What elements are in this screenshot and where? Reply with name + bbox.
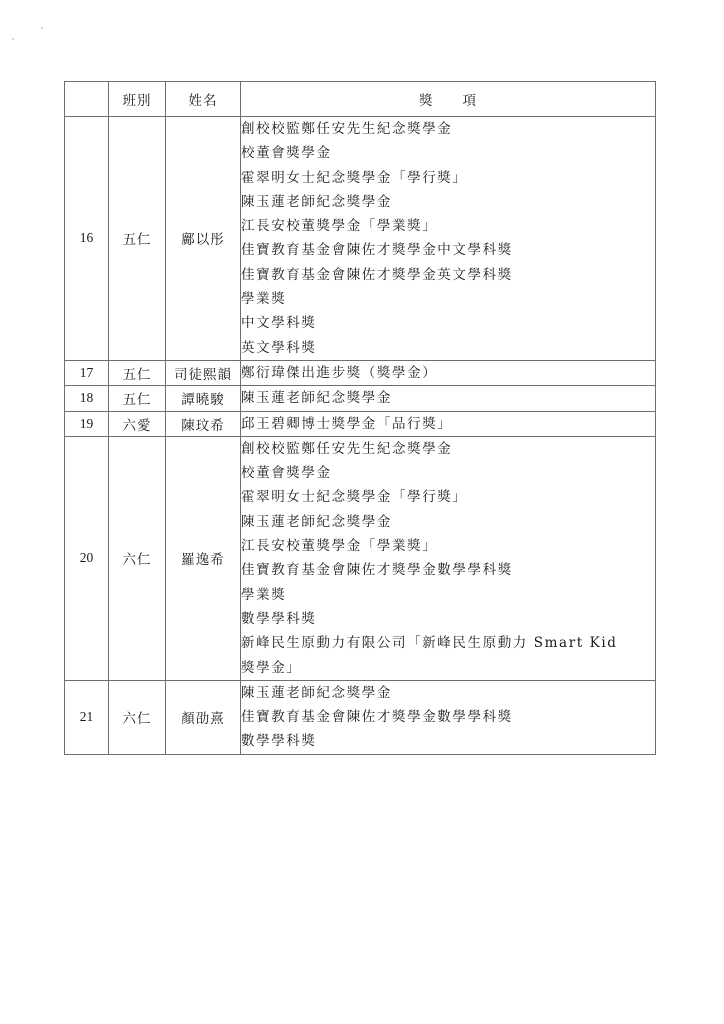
row-name: 鄺以彤 [166,117,241,361]
award-item: 學業獎 [241,287,655,311]
row-number: 17 [65,360,109,385]
row-awards: 陳玉蓮老師紀念獎學金 佳寶教育基金會陳佐才獎學金數學學科獎 數學學科獎 [241,680,656,754]
award-item: 霍翠明女士紀念獎學金「學行獎」 [241,166,655,190]
award-item: 佳寶教育基金會陳佐才獎學金中文學科獎 [241,238,655,262]
table-row: 20 六仁 羅逸希 創校校監鄭任安先生紀念獎學金 校董會獎學金 霍翠明女士紀念獎… [65,436,656,680]
row-name: 陳玟希 [166,411,241,436]
table-row: 17 五仁 司徒熙韻 鄭衍瑋傑出進步獎（獎學金） [65,360,656,385]
row-awards: 鄭衍瑋傑出進步獎（獎學金） [241,360,656,385]
award-item: 獎學金」 [241,656,655,680]
row-name: 顏劭熹 [166,680,241,754]
table-row: 21 六仁 顏劭熹 陳玉蓮老師紀念獎學金 佳寶教育基金會陳佐才獎學金數學學科獎 … [65,680,656,754]
award-item: 陳玉蓮老師紀念獎學金 [241,190,655,214]
award-item: 邱王碧卿博士獎學金「品行獎」 [241,412,655,436]
award-item: 鄭衍瑋傑出進步獎（獎學金） [241,361,655,385]
row-name: 司徒熙韻 [166,360,241,385]
table-row: 19 六愛 陳玟希 邱王碧卿博士獎學金「品行獎」 [65,411,656,436]
header-no [65,82,109,117]
header-row: 班別 姓名 獎 項 [65,82,656,117]
row-number: 16 [65,117,109,361]
award-item: 新峰民生原動力有限公司「新峰民生原動力 Smart Kid [241,631,655,655]
row-name: 譚曉駿 [166,386,241,411]
award-item: 佳寶教育基金會陳佐才獎學金數學學科獎 [241,558,655,582]
award-item: 陳玉蓮老師紀念獎學金 [241,510,655,534]
award-item: 佳寶教育基金會陳佐才獎學金數學學科獎 [241,705,655,729]
row-class: 五仁 [109,117,166,361]
scan-speck [41,27,43,29]
award-item: 英文學科獎 [241,336,655,360]
header-name: 姓名 [166,82,241,117]
row-class: 六愛 [109,411,166,436]
row-awards: 創校校監鄭任安先生紀念獎學金 校董會獎學金 霍翠明女士紀念獎學金「學行獎」 陳玉… [241,436,656,680]
row-awards: 陳玉蓮老師紀念獎學金 [241,386,656,411]
award-item: 學業獎 [241,583,655,607]
row-number: 19 [65,411,109,436]
row-number: 18 [65,386,109,411]
header-awards: 獎 項 [241,82,656,117]
table-row: 16 五仁 鄺以彤 創校校監鄭任安先生紀念獎學金 校董會獎學金 霍翠明女士紀念獎… [65,117,656,361]
award-item: 校董會獎學金 [241,141,655,165]
award-item: 霍翠明女士紀念獎學金「學行獎」 [241,485,655,509]
row-class: 六仁 [109,680,166,754]
table-row: 18 五仁 譚曉駿 陳玉蓮老師紀念獎學金 [65,386,656,411]
awards-table: 班別 姓名 獎 項 16 五仁 鄺以彤 創校校監鄭任安先生紀念獎學金 校董會獎學… [64,81,656,755]
header-class: 班別 [109,82,166,117]
award-item: 江長安校董獎學金「學業獎」 [241,214,655,238]
award-item: 佳寶教育基金會陳佐才獎學金英文學科獎 [241,263,655,287]
row-awards: 創校校監鄭任安先生紀念獎學金 校董會獎學金 霍翠明女士紀念獎學金「學行獎」 陳玉… [241,117,656,361]
award-item: 數學學科獎 [241,729,655,753]
row-name: 羅逸希 [166,436,241,680]
award-item: 校董會獎學金 [241,461,655,485]
row-number: 20 [65,436,109,680]
award-item: 陳玉蓮老師紀念獎學金 [241,681,655,705]
award-item: 江長安校董獎學金「學業獎」 [241,534,655,558]
row-awards: 邱王碧卿博士獎學金「品行獎」 [241,411,656,436]
award-item: 陳玉蓮老師紀念獎學金 [241,386,655,410]
award-item: 創校校監鄭任安先生紀念獎學金 [241,437,655,461]
award-item: 中文學科獎 [241,311,655,335]
row-class: 五仁 [109,386,166,411]
row-class: 五仁 [109,360,166,385]
row-class: 六仁 [109,436,166,680]
award-item: 創校校監鄭任安先生紀念獎學金 [241,117,655,141]
row-number: 21 [65,680,109,754]
scan-speck [12,38,14,40]
award-item: 數學學科獎 [241,607,655,631]
